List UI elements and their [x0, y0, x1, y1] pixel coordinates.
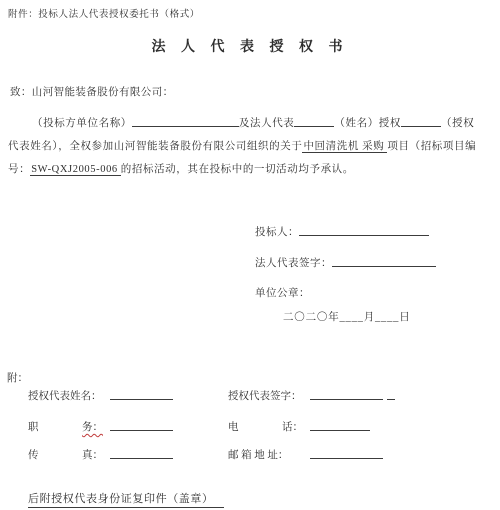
bidder-unit-name-hint: （投标方单位名称）: [32, 118, 132, 129]
bidder-signature-blank: [299, 225, 429, 236]
authorized-rep-signature-label: 授权代表签字：: [228, 388, 302, 403]
authorized-rep-signature-row: 授权代表签字：: [228, 388, 395, 403]
paragraph-line-3-post: 的招标活动，其在投标中的一切活动均予承认。: [121, 164, 354, 175]
phone-label-first: 电: [228, 419, 239, 434]
bidder-signature-row: 投标人：: [255, 224, 429, 239]
fax-label-second: 真：: [82, 447, 103, 462]
phone-blank: [310, 420, 370, 431]
legal-rep-name-blank: [294, 116, 334, 127]
legal-rep-text: 及法人代表: [239, 118, 295, 129]
tender-number-underlined: SW-QXJ2005-006: [30, 164, 121, 176]
duty-label-first: 职: [28, 419, 39, 434]
paragraph-line-3-pre: 号：: [8, 164, 30, 175]
company-seal-label: 单位公章：: [255, 288, 310, 299]
duty-label-second: 务：: [82, 419, 103, 434]
paragraph-line-3: 号：SW-QXJ2005-006的招标活动，其在投标中的一切活动均予承认。: [8, 158, 500, 181]
legal-rep-signature-label: 法人代表签字：: [255, 258, 332, 269]
salutation-line: 致：山河智能装备股份有限公司：: [10, 84, 174, 99]
bidder-unit-name-blank: [132, 116, 239, 127]
legal-rep-signature-blank: [332, 256, 436, 267]
duty-row: 职务：: [28, 419, 173, 434]
authorized-rep-name-label: 授权代表姓名：: [28, 388, 102, 403]
company-seal-row: 单位公章：: [255, 285, 310, 300]
paragraph-line-1: （投标方单位名称）及法人代表（姓名）授权（授权: [32, 112, 500, 135]
email-row: 邮 箱 地 址：: [228, 447, 383, 462]
authorized-name-blank: [401, 116, 441, 127]
duty-blank: [110, 420, 173, 431]
bidder-label: 投标人：: [255, 227, 299, 238]
authorization-letter-page: 附件：投标人法人代表授权委托书（格式） 法 人 代 表 授 权 书 致：山河智能…: [0, 0, 500, 510]
paragraph-line-2-post: 项目（招标项目编: [387, 141, 476, 152]
name-hint-text: （姓名）授权: [334, 118, 401, 129]
legal-rep-signature-row: 法人代表签字：: [255, 255, 436, 270]
authorized-rep-signature-blank: [310, 389, 383, 400]
fax-blank: [110, 448, 173, 459]
email-label: 邮 箱 地 址：: [228, 447, 288, 462]
authorization-paragraph: （投标方单位名称）及法人代表（姓名）授权（授权 代表姓名），全权参加山河智能装备…: [8, 112, 500, 181]
paragraph-line-2-pre: 代表姓名），全权参加山河智能装备股份有限公司组织的关于: [8, 141, 302, 152]
authorized-rep-name-row: 授权代表姓名：: [28, 388, 173, 403]
authorized-rep-name-blank: [110, 389, 173, 400]
authorized-rep-signature-blank-extra: [387, 389, 395, 400]
fax-label-first: 传: [28, 447, 39, 462]
fax-row: 传真：: [28, 447, 173, 462]
authorize-tail-text: （授权: [441, 118, 474, 129]
appendix-heading: 附：: [7, 370, 28, 385]
project-name-underlined: 中回清洗机 采购: [302, 141, 387, 153]
date-line: 二〇二〇年____月____日: [283, 309, 411, 324]
paragraph-line-2: 代表姓名），全权参加山河智能装备股份有限公司组织的关于中回清洗机 采购项目（招标…: [8, 135, 500, 158]
document-title: 法 人 代 表 授 权 书: [0, 36, 500, 56]
attachment-note: 附件：投标人法人代表授权委托书（格式）: [8, 6, 200, 20]
phone-row: 电话：: [228, 419, 370, 434]
email-blank: [310, 448, 383, 459]
phone-label-second: 话：: [282, 419, 303, 434]
footer-note: 后附授权代表身份证复印件（盖章）: [28, 490, 224, 508]
